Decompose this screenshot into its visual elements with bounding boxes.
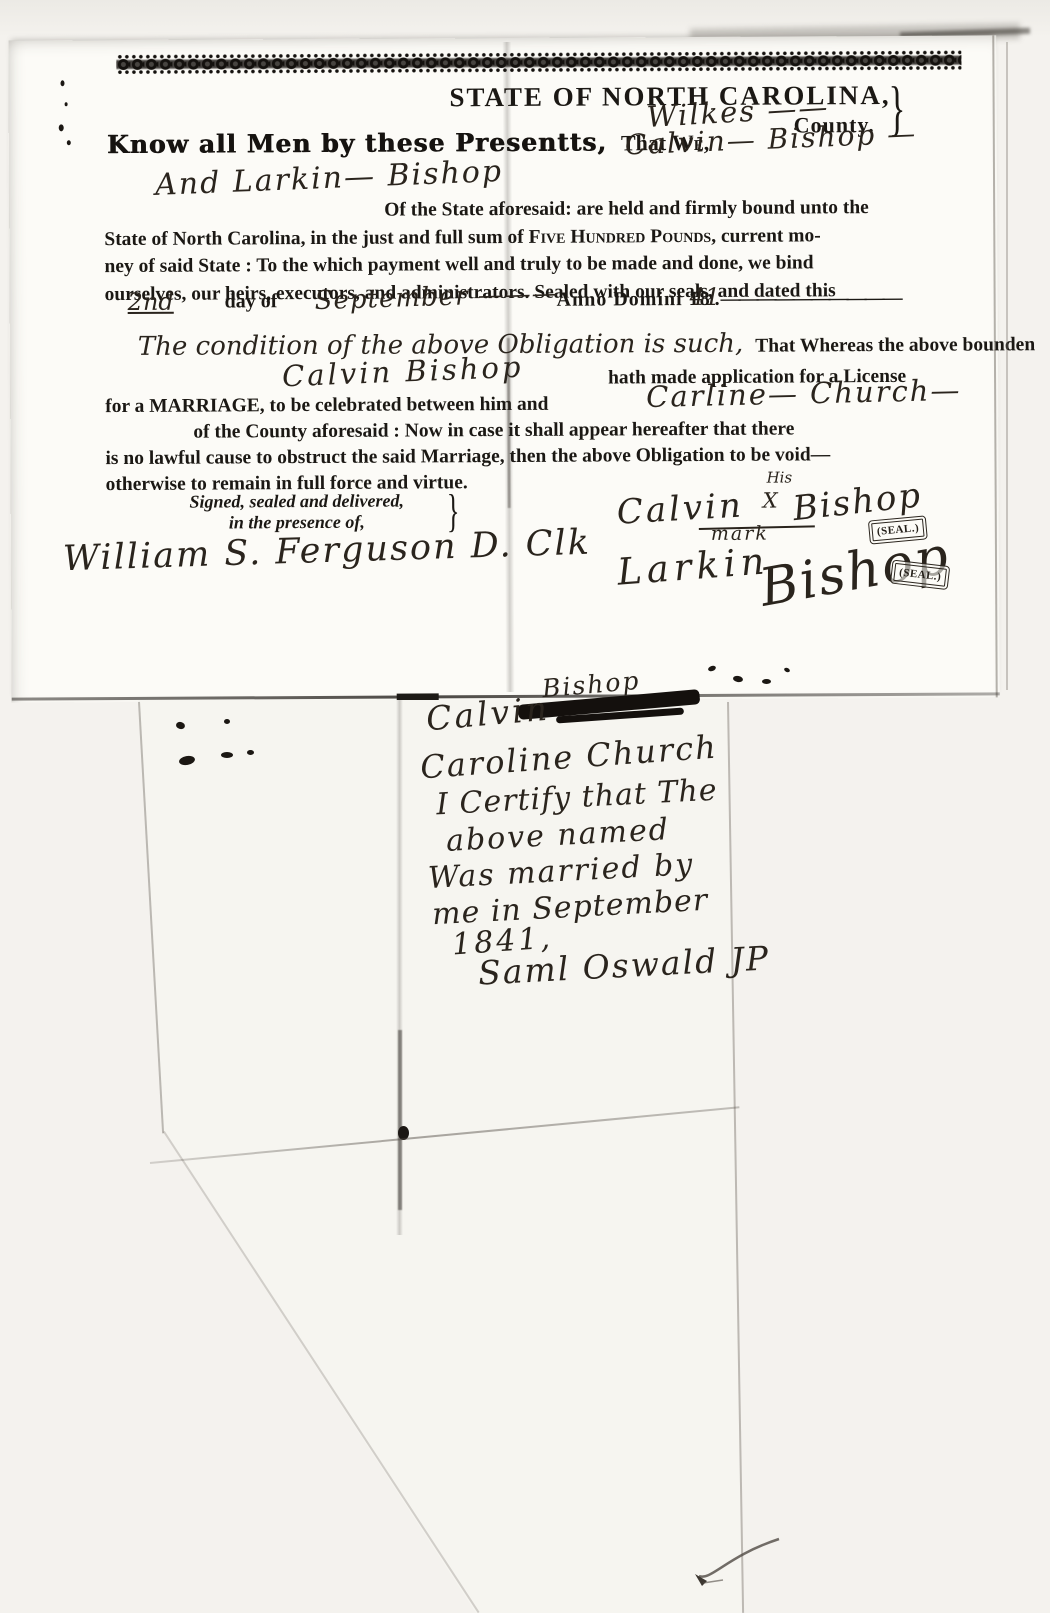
scanned-document: STATE OF NORTH CAROLINA, } Wilkes —— Cou… (0, 0, 1050, 1613)
ink-speck (67, 140, 71, 145)
date-line: 2nd day of September ——— Anno Domini 18 … (105, 282, 971, 327)
condition-line4: of the County aforesaid : Now in case it… (193, 418, 794, 443)
ornamental-border (116, 50, 961, 75)
day-of-label: day of (225, 290, 278, 313)
surety-signature-first: Larkin (616, 539, 771, 593)
ink-speck (65, 102, 68, 106)
ink-speck (59, 124, 64, 131)
bride-name-handwritten: Carline— Church— (646, 373, 962, 414)
ink-speck (60, 80, 64, 86)
ink-blot (224, 719, 230, 724)
ink-blot (221, 752, 233, 758)
sum-amount: Five Hundred Pounds (529, 225, 712, 247)
attestation-line: Signed, sealed and delivered, (141, 490, 453, 513)
paper-edge (992, 35, 997, 697)
verso-fold-vertical-dark (398, 1030, 402, 1210)
body-line: Of the State aforesaid: are held and fir… (104, 194, 970, 226)
paper-edge-outer (1006, 42, 1008, 690)
marriage-bond-sheet: STATE OF NORTH CAROLINA, } Wilkes —— Cou… (8, 35, 999, 702)
attestation-block: Signed, sealed and delivered, in the pre… (141, 490, 453, 534)
x-mark: X (763, 489, 778, 513)
his-label: His (767, 468, 793, 486)
condition-line5: is no lawful cause to obstruct the said … (105, 444, 830, 470)
opening-line: Know all Men by these Presentts, That We… (107, 127, 710, 159)
pen-stroke-mark (693, 1526, 785, 1588)
condition-intro-line: The condition of the above Obligation is… (138, 327, 1035, 362)
day-handwritten: 2nd (128, 288, 174, 316)
date-tail-dash: . —————————— (715, 287, 901, 311)
ink-blot (247, 750, 254, 755)
month-handwritten: September ——— (314, 279, 559, 317)
opening-blackletter: Know all Men by these Presentts, (107, 127, 607, 159)
anno-domini-label: Anno Domini 18 (557, 288, 711, 312)
condition-line3: for a MARRIAGE, to be celebrated between… (105, 394, 548, 418)
ink-speck (762, 679, 771, 684)
